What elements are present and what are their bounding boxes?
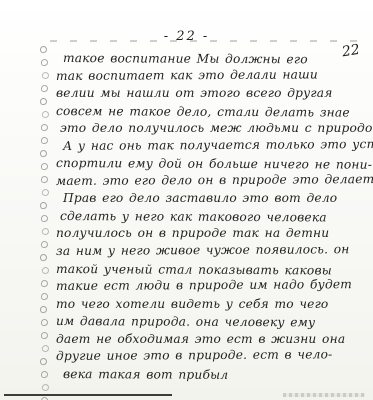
perforation-hole <box>41 215 48 222</box>
perforation-hole <box>41 163 48 170</box>
manuscript-line: совсем не такое дело, стали делать знае <box>56 103 366 122</box>
manuscript-line: так воспитает как это делали наши <box>56 66 366 85</box>
manuscript-line: века такая вот прибыл <box>56 366 366 385</box>
manuscript-line: сделать у него как такового человека <box>56 208 366 227</box>
perforation-hole <box>39 149 48 158</box>
perforation-hole <box>41 71 50 80</box>
spiral-perforations <box>41 46 48 400</box>
manuscript-line: им давала природа. она человеку ему <box>56 313 366 332</box>
perforation-hole <box>41 344 50 353</box>
manuscript-line: А у нас онь так получается только это ус… <box>56 136 366 155</box>
perforation-hole <box>41 383 50 392</box>
perforation-hole <box>41 176 48 183</box>
handwritten-text-block: такое воспитание Мы должны его так воспи… <box>56 50 366 383</box>
page-number-header: - 22 - <box>0 29 373 44</box>
scanned-manuscript-page: - 22 - 22 такое воспитание Мы должны его… <box>0 0 373 400</box>
perforation-hole <box>39 305 48 314</box>
perforation-hole <box>41 137 48 144</box>
manuscript-line: за ним у него живое чужое появилось. он <box>56 241 366 260</box>
perforation-hole <box>39 357 48 366</box>
perforation-hole <box>41 266 50 275</box>
bottom-scan-line <box>4 394 172 396</box>
manuscript-line: другие иное это в природе. ест в чело- <box>56 346 366 365</box>
manuscript-line: Прав его дело заставило это вот дело <box>56 190 366 208</box>
perforation-hole <box>39 253 48 262</box>
perforation-hole <box>41 110 50 119</box>
perforation-hole <box>41 188 50 197</box>
manuscript-line: мает. это его дело он в природе это дела… <box>56 171 366 190</box>
perforation-hole <box>39 201 48 210</box>
manuscript-line: такие ест люди в природе им надо будет <box>56 276 366 295</box>
manuscript-line: получилось он в природе так на детни <box>56 225 366 243</box>
perforation-hole <box>39 97 48 106</box>
perforation-hole <box>41 293 48 300</box>
perforation-hole <box>41 332 48 339</box>
manuscript-line: это дело получилось меж людьми с природо… <box>56 120 366 138</box>
perforation-hole <box>41 227 50 236</box>
perforation-hole <box>41 319 48 326</box>
perforation-hole <box>41 59 48 66</box>
perforation-hole <box>41 280 48 287</box>
perforation-hole <box>41 241 48 248</box>
manuscript-line: велии мы нашли от этого всего другая <box>56 85 366 103</box>
bottom-scan-smudge <box>283 393 365 397</box>
perforation-hole <box>39 45 48 54</box>
perforation-hole <box>41 371 48 378</box>
manuscript-line: то чего хотели видеть у себя то чего <box>56 296 366 314</box>
perforation-hole <box>41 85 48 92</box>
perforation-hole <box>41 124 48 131</box>
